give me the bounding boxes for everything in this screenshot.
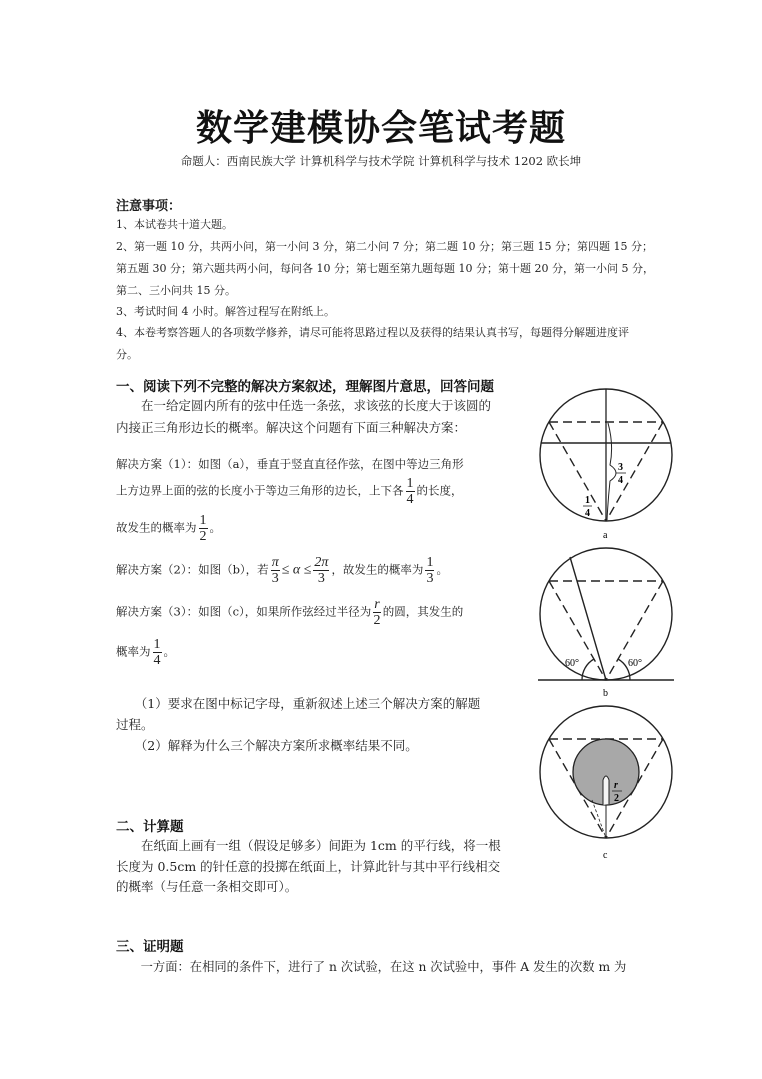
angle-left-label: 60°	[565, 658, 579, 669]
solution3-line2: 概率为14。	[116, 637, 175, 668]
fraction: r2	[373, 597, 380, 628]
notes-heading: 注意事项：	[116, 195, 181, 214]
fraction: 14	[406, 476, 415, 507]
section1-intro: 在一给定圆内所有的弦中任选一条弦，求该弦的长度大于该圆的	[116, 396, 491, 414]
section2-heading: 二、计算题	[116, 815, 184, 835]
note-line: 4、本卷考察答题人的各项数学修养，请尽可能将思路过程以及获得的结果认真书写，每题…	[116, 324, 629, 340]
solution3-line1: 解决方案（3）：如图（c），如果所作弦经过半径为r2的圆，其发生的	[116, 597, 463, 628]
fraction: 13	[425, 555, 434, 586]
fraction: 14	[153, 637, 162, 668]
note-line: 3、考试时间 4 小时。解答过程写在附纸上。	[116, 303, 335, 319]
author-line: 命题人：西南民族大学 计算机科学与技术学院 计算机科学与技术 1202 欧长坤	[0, 153, 762, 169]
note-line: 分。	[116, 346, 138, 362]
label-r-over-2: r	[614, 780, 618, 791]
question-2: （2）解释为什么三个解决方案所求概率结果不同。	[116, 736, 418, 754]
section2-line: 的概率（与任意一条相交即可）。	[116, 877, 297, 895]
figure-a: 3 4 1 4 a	[530, 385, 680, 545]
solution1-line3: 故发生的概率为12。	[116, 513, 221, 544]
section1-heading: 一、阅读下列不完整的解决方案叙述，理解图片意思，回答问题	[116, 375, 494, 395]
section3-line: 一方面：在相同的条件下，进行了 n 次试验，在这 n 次试验中，事件 A 发生的…	[116, 957, 626, 975]
question-1-cont: 过程。	[116, 715, 154, 733]
svg-text:4: 4	[585, 508, 590, 519]
section3-heading: 三、证明题	[116, 935, 184, 955]
figure-c-caption: c	[603, 850, 608, 861]
solution2-line: 解决方案（2）：如图（b），若π3≤ α ≤2π3，故发生的概率为13。	[116, 555, 448, 586]
note-line: 第二、三小问共 15 分。	[116, 282, 236, 298]
question-1: （1）要求在图中标记字母，重新叙述上述三个解决方案的解题	[116, 694, 480, 712]
label-three-quarters: 3	[618, 462, 623, 473]
section2-line: 在纸面上画有一组（假设足够多）间距为 1cm 的平行线，将一根	[116, 836, 501, 854]
section1-intro: 内接正三角形边长的概率。解决这个问题有下面三种解决方案：	[116, 418, 466, 436]
fraction: π3	[271, 555, 280, 586]
page-title: 数学建模协会笔试考题	[0, 100, 762, 151]
solution1-line1: 解决方案（1）：如图（a），垂直于竖直直径作弦，在图中等边三角形	[116, 456, 464, 472]
svg-text:2: 2	[614, 793, 619, 804]
svg-text:4: 4	[618, 475, 623, 486]
note-line: 第五题 30 分；第六题共两小问，每问各 10 分；第七题至第九题每题 10 分…	[116, 260, 654, 276]
solution1-line2: 上方边界上面的弦的长度小于等边三角形的边长，上下各14的长度，	[116, 476, 463, 507]
angle-right-label: 60°	[628, 658, 642, 669]
figure-b: 60° 60° b	[530, 545, 680, 700]
note-line: 1、本试卷共十道大题。	[116, 216, 233, 232]
note-line: 2、第一题 10 分，共两小问，第一小问 3 分，第二小问 7 分；第二题 10…	[116, 238, 653, 254]
figure-a-caption: a	[603, 530, 608, 541]
fraction: 12	[199, 513, 208, 544]
figure-b-caption: b	[603, 688, 608, 699]
label-one-quarter: 1	[585, 495, 590, 506]
figure-c: r 2 c	[530, 700, 680, 865]
section2-line: 长度为 0.5cm 的针任意的投掷在纸面上，计算此针与其中平行线相交	[116, 857, 500, 875]
fraction: 2π3	[313, 555, 329, 586]
